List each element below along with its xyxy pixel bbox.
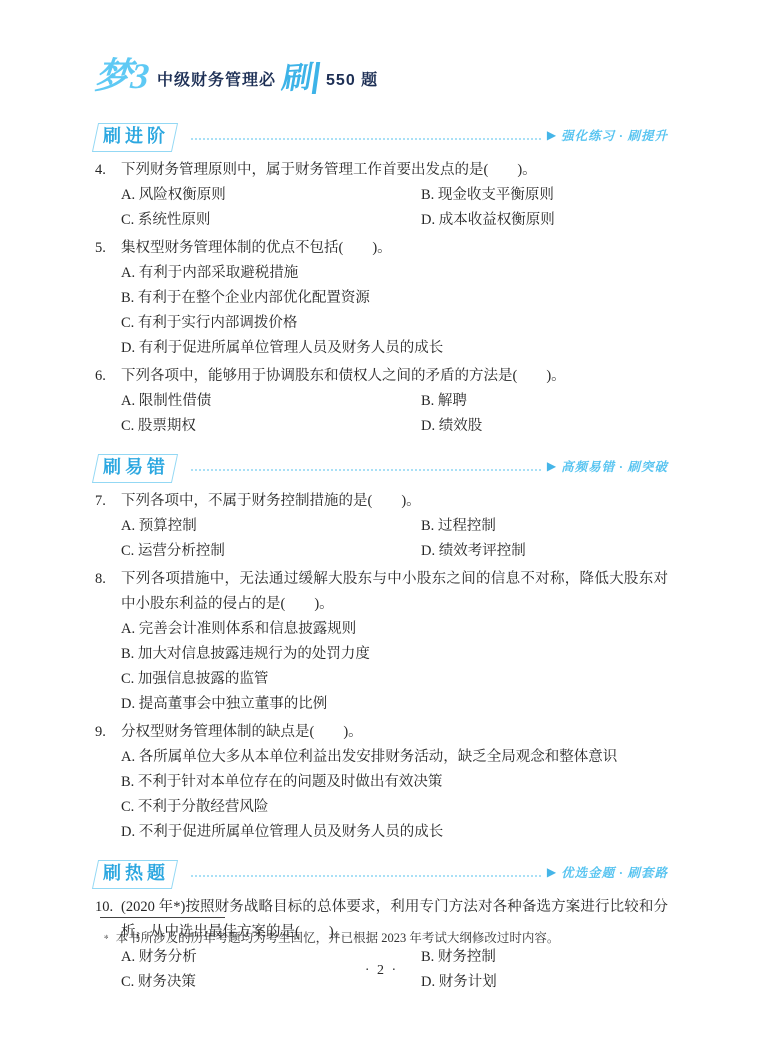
option-d: D. 绩效考评控制	[421, 539, 668, 564]
option-d: D. 不利于促进所属单位管理人员及财务人员的成长	[121, 820, 668, 845]
option-b: B. 现金收支平衡原则	[421, 183, 668, 208]
option-d: D. 绩效股	[421, 414, 668, 439]
section-tagline: 强化练习 · 刷提升	[561, 126, 668, 144]
section-header-error-prone: 刷易错 ▶ 高频易错 · 刷突破	[95, 451, 668, 481]
question-number: 5.	[95, 236, 121, 361]
option-a: A. 各所属单位大多从本单位利益出发安排财务活动，缺乏全局观念和整体意识	[121, 745, 668, 770]
option-c: C. 不利于分散经营风险	[121, 795, 668, 820]
section-title: 刷进阶	[103, 126, 169, 146]
option-b: B. 有利于在整个企业内部优化配置资源	[121, 286, 668, 311]
question-stem: 集权型财务管理体制的优点不包括( )。	[121, 236, 668, 261]
section-advanced: 刷进阶 ▶ 强化练习 · 刷提升 4. 下列财务管理原则中，属于财务管理工作首要…	[95, 120, 668, 439]
question-6: 6. 下列各项中，能够用于协调股东和债权人之间的矛盾的方法是( )。 A. 限制…	[95, 364, 668, 439]
question-stem: 下列各项中，不属于财务控制措施的是( )。	[121, 489, 668, 514]
logo-brush-character: 刷	[279, 63, 311, 95]
option-b: B. 加大对信息披露违规行为的处罚力度	[121, 642, 668, 667]
option-list: A. 风险权衡原则 B. 现金收支平衡原则 C. 系统性原则 D. 成本收益权衡…	[121, 183, 668, 233]
section-error-prone: 刷易错 ▶ 高频易错 · 刷突破 7. 下列各项中，不属于财务控制措施的是( )…	[95, 451, 668, 845]
option-c: C. 系统性原则	[121, 208, 421, 233]
question-number: 6.	[95, 364, 121, 439]
section-title: 刷易错	[103, 457, 169, 477]
option-b: B. 过程控制	[421, 514, 668, 539]
arrow-right-icon: ▶	[547, 866, 556, 878]
option-d: D. 成本收益权衡原则	[421, 208, 668, 233]
option-a: A. 限制性借债	[121, 389, 421, 414]
question-8: 8. 下列各项措施中，无法通过缓解大股东与中小股东之间的信息不对称，降低大股东对…	[95, 567, 668, 717]
option-d: D. 有利于促进所属单位管理人员及财务人员的成长	[121, 336, 668, 361]
section-title: 刷热题	[103, 863, 169, 883]
book-logo: 梦3 中级财务管理必 刷 550 题	[95, 46, 668, 94]
option-list: A. 预算控制 B. 过程控制 C. 运营分析控制 D. 绩效考评控制	[121, 514, 668, 564]
option-a: A. 预算控制	[121, 514, 421, 539]
question-stem: 下列各项中，能够用于协调股东和债权人之间的矛盾的方法是( )。	[121, 364, 668, 389]
question-number: 4.	[95, 158, 121, 233]
section-badge: 刷易错	[95, 451, 183, 481]
option-b: B. 不利于针对本单位存在的问题及时做出有效决策	[121, 770, 668, 795]
option-list: A. 各所属单位大多从本单位利益出发安排财务活动，缺乏全局观念和整体意识 B. …	[121, 745, 668, 845]
option-a: A. 完善会计准则体系和信息披露规则	[121, 617, 668, 642]
question-9: 9. 分权型财务管理体制的缺点是( )。 A. 各所属单位大多从本单位利益出发安…	[95, 720, 668, 845]
page-number: · 2 ·	[0, 963, 763, 979]
option-list: A. 完善会计准则体系和信息披露规则 B. 加大对信息披露违规行为的处罚力度 C…	[121, 617, 668, 717]
question-5: 5. 集权型财务管理体制的优点不包括( )。 A. 有利于内部采取避税措施 B.…	[95, 236, 668, 361]
option-c: C. 运营分析控制	[121, 539, 421, 564]
section-tagline: 高频易错 · 刷突破	[561, 457, 668, 475]
option-c: C. 有利于实行内部调拨价格	[121, 311, 668, 336]
arrow-right-icon: ▶	[547, 129, 556, 141]
dotted-leader	[191, 865, 541, 877]
footnote-separator	[100, 917, 225, 918]
question-number: 8.	[95, 567, 121, 717]
question-stem: 分权型财务管理体制的缺点是( )。	[121, 720, 668, 745]
question-4: 4. 下列财务管理原则中，属于财务管理工作首要出发点的是( )。 A. 风险权衡…	[95, 158, 668, 233]
option-d: D. 提高董事会中独立董事的比例	[121, 692, 668, 717]
option-c: C. 加强信息披露的监管	[121, 667, 668, 692]
option-c: C. 股票期权	[121, 414, 421, 439]
question-stem: 下列各项措施中，无法通过缓解大股东与中小股东之间的信息不对称，降低大股东对中小股…	[121, 567, 668, 617]
option-b: B. 解聘	[421, 389, 668, 414]
section-header-advanced: 刷进阶 ▶ 强化练习 · 刷提升	[95, 120, 668, 150]
dotted-leader	[191, 459, 541, 471]
dotted-leader	[191, 128, 541, 140]
footnote-text: ﹡ 本书所涉及的历年考题均为考生回忆，并已根据 2023 年考试大纲修改过时内容…	[100, 928, 665, 946]
arrow-right-icon: ▶	[547, 460, 556, 472]
option-list: A. 有利于内部采取避税措施 B. 有利于在整个企业内部优化配置资源 C. 有利…	[121, 261, 668, 361]
question-7: 7. 下列各项中，不属于财务控制措施的是( )。 A. 预算控制 B. 过程控制…	[95, 489, 668, 564]
logo-title-left: 中级财务管理必	[157, 67, 276, 94]
book-page: 梦3 中级财务管理必 刷 550 题 刷进阶 ▶ 强化练习 · 刷提升 4. 下…	[0, 0, 763, 1062]
option-a: A. 风险权衡原则	[121, 183, 421, 208]
question-number: 7.	[95, 489, 121, 564]
option-list: A. 限制性借债 B. 解聘 C. 股票期权 D. 绩效股	[121, 389, 668, 439]
section-header-hot-questions: 刷热题 ▶ 优选金题 · 刷套路	[95, 857, 668, 887]
section-badge: 刷热题	[95, 857, 183, 887]
logo-title-right: 550 题	[326, 67, 378, 94]
logo-divider-bar	[312, 62, 320, 94]
section-badge: 刷进阶	[95, 120, 183, 150]
question-number: 9.	[95, 720, 121, 845]
logo-brand-script: 梦3	[93, 58, 151, 94]
option-a: A. 有利于内部采取避税措施	[121, 261, 668, 286]
question-stem: 下列财务管理原则中，属于财务管理工作首要出发点的是( )。	[121, 158, 668, 183]
section-tagline: 优选金题 · 刷套路	[561, 863, 668, 881]
